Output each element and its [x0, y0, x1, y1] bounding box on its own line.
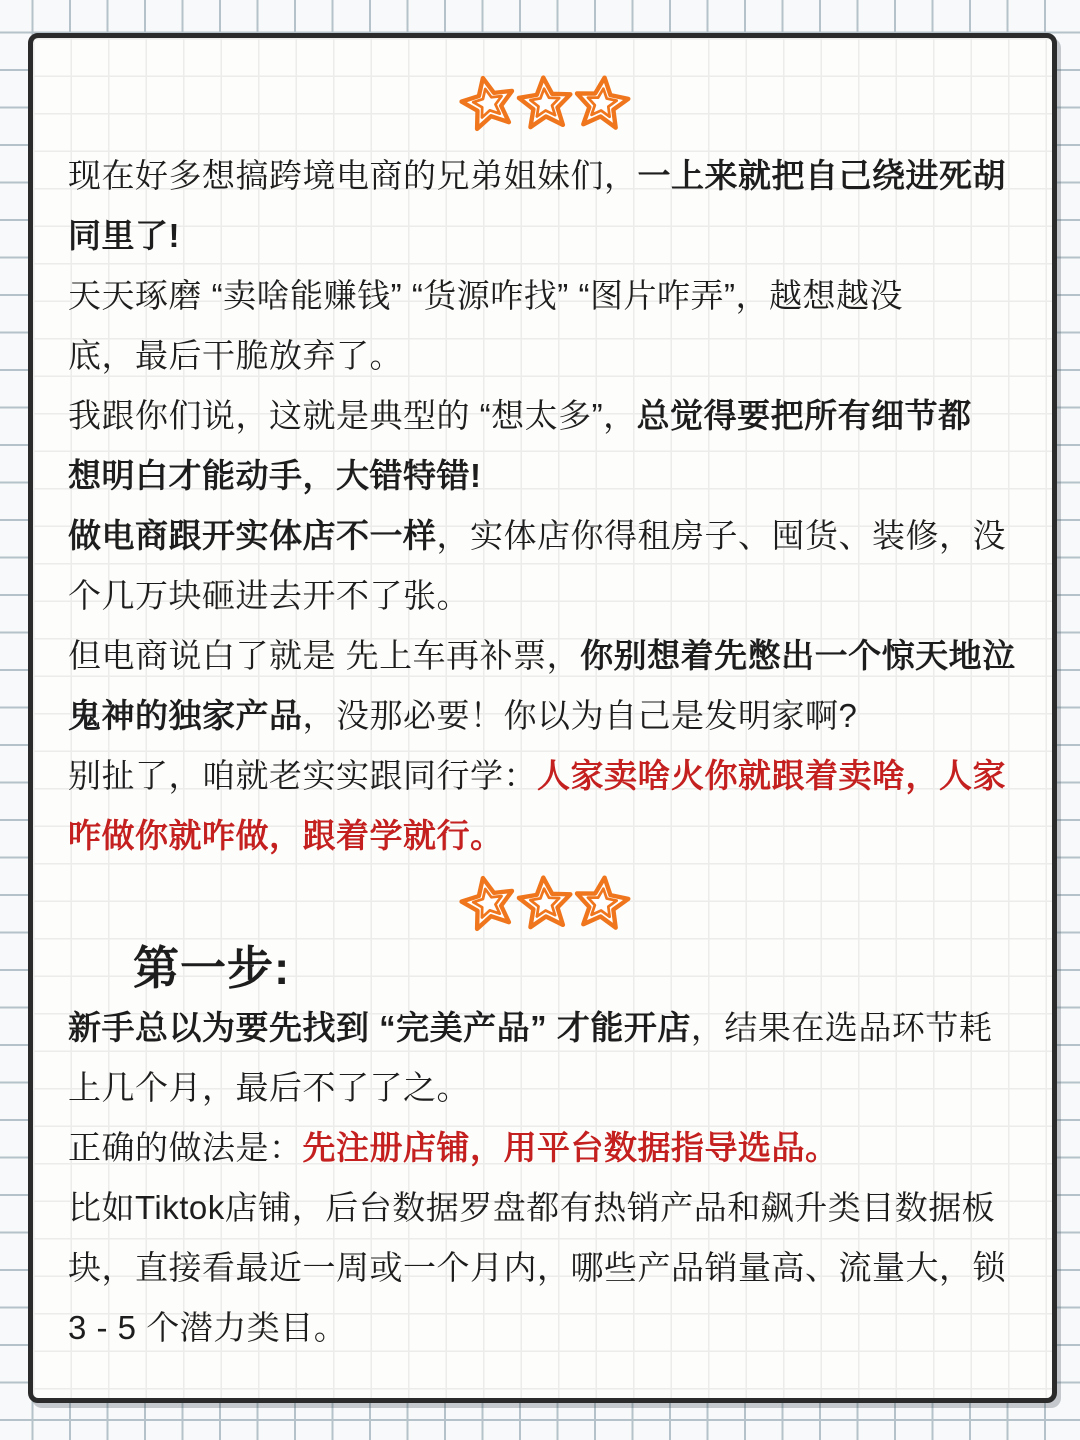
text-segment: ，结果在选品环节耗 — [691, 1009, 993, 1046]
star-icon — [455, 869, 521, 935]
text-line: 新手总以为要先找到 “完美产品” 才能开店，结果在选品环节耗 — [68, 998, 1022, 1058]
star-icon — [515, 872, 575, 932]
text-segment: 3 - 5 个潜力类目。 — [68, 1309, 347, 1346]
text-segment: 个几万块砸进去开不了张。 — [68, 577, 470, 614]
text-segment: 天天琢磨 “卖啥能赚钱” “货源咋找” “图片咋弄”，越想越没 — [68, 277, 903, 314]
text-segment: 咋做你就咋做，跟着学就行。 — [68, 817, 504, 854]
text-line: 同里了! — [68, 206, 1022, 266]
text-segment: 我跟你们说，这就是典型的 “想太多”， — [68, 397, 637, 434]
text-segment: 做电商跟开实体店不一样 — [68, 517, 437, 554]
text-segment: 新手总以为要先找到 “完美产品” 才能开店 — [68, 1009, 691, 1046]
text-line: 正确的做法是：先注册店铺，用平台数据指导选品。 — [68, 1118, 1022, 1178]
text-line: 鬼神的独家产品，没那必要！你以为自己是发明家啊? — [68, 686, 1022, 746]
text-line: 我跟你们说，这就是典型的 “想太多”，总觉得要把所有细节都 — [68, 386, 1022, 446]
text-segment: 同里了! — [68, 217, 180, 254]
text-line: 块，直接看最近一周或一个月内，哪些产品销量高、流量大，锁 — [68, 1238, 1022, 1298]
step-heading: 第一步: — [68, 938, 1022, 998]
text-line: 天天琢磨 “卖啥能赚钱” “货源咋找” “图片咋弄”，越想越没 — [68, 266, 1022, 326]
text-line: 上几个月，最后不了了之。 — [68, 1058, 1022, 1118]
text-segment: 比如Tiktok店铺，后台数据罗盘都有热销产品和飙升类目数据板 — [68, 1189, 995, 1226]
text-segment: 你别想着先憋出一个惊天地泣 — [580, 637, 1016, 674]
text-segment: 总觉得要把所有细节都 — [637, 397, 972, 434]
text-segment: 人家卖啥火你就跟着卖啥，人家 — [537, 757, 1006, 794]
grid-background: 现在好多想搞跨境电商的兄弟姐妹们，一上来就把自己绕进死胡同里了!天天琢磨 “卖啥… — [0, 0, 1080, 1440]
star-icon — [515, 72, 575, 132]
text-segment: 别扯了，咱就老实实跟同行学： — [68, 757, 537, 794]
text-line: 3 - 5 个潜力类目。 — [68, 1298, 1022, 1358]
text-segment: 上几个月，最后不了了之。 — [68, 1069, 470, 1106]
text-segment: 想明白才能动手，大错特错! — [68, 457, 482, 494]
star-icon — [571, 71, 633, 133]
text-segment: 但电商说白了就是 先上车再补票， — [68, 637, 580, 674]
content-area: 现在好多想搞跨境电商的兄弟姐妹们，一上来就把自己绕进死胡同里了!天天琢磨 “卖啥… — [68, 74, 1022, 1358]
text-line: 个几万块砸进去开不了张。 — [68, 566, 1022, 626]
text-segment: ，没那必要！你以为自己是发明家啊? — [303, 697, 858, 734]
text-segment: 正确的做法是： — [68, 1129, 303, 1166]
text-segment: ，实体店你得租房子、囤货、装修，没 — [437, 517, 1007, 554]
text-line: 别扯了，咱就老实实跟同行学：人家卖啥火你就跟着卖啥，人家 — [68, 746, 1022, 806]
text-line: 做电商跟开实体店不一样，实体店你得租房子、囤货、装修，没 — [68, 506, 1022, 566]
text-segment: 鬼神的独家产品 — [68, 697, 303, 734]
text-line: 现在好多想搞跨境电商的兄弟姐妹们，一上来就把自己绕进死胡 — [68, 146, 1022, 206]
post-card: 现在好多想搞跨境电商的兄弟姐妹们，一上来就把自己绕进死胡同里了!天天琢磨 “卖啥… — [28, 33, 1057, 1403]
text-line: 但电商说白了就是 先上车再补票，你别想着先憋出一个惊天地泣 — [68, 626, 1022, 686]
text-segment: 底，最后干脆放弃了。 — [68, 337, 403, 374]
text-line: 底，最后干脆放弃了。 — [68, 326, 1022, 386]
text-line: 咋做你就咋做，跟着学就行。 — [68, 806, 1022, 866]
stars-divider — [68, 874, 1022, 930]
text-segment: 一上来就把自己绕进死胡 — [638, 157, 1007, 194]
text-segment: 先注册店铺，用平台数据指导选品。 — [303, 1129, 839, 1166]
text-segment: 块，直接看最近一周或一个月内，哪些产品销量高、流量大，锁 — [68, 1249, 1006, 1286]
star-icon — [455, 69, 521, 135]
stars-divider — [68, 74, 1022, 130]
text-line: 想明白才能动手，大错特错! — [68, 446, 1022, 506]
star-icon — [571, 871, 633, 933]
text-line: 比如Tiktok店铺，后台数据罗盘都有热销产品和飙升类目数据板 — [68, 1178, 1022, 1238]
text-segment: 现在好多想搞跨境电商的兄弟姐妹们， — [68, 157, 638, 194]
